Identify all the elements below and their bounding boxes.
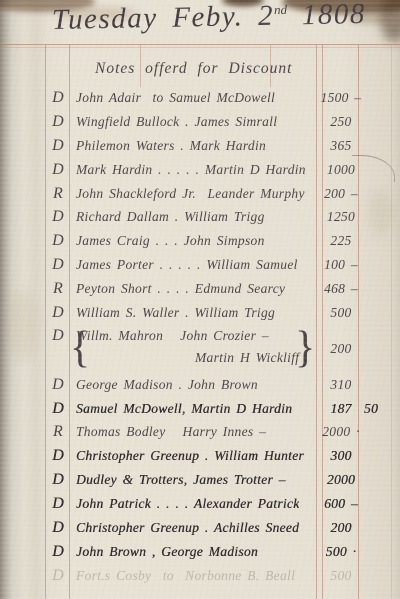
ruled-line-horizontal — [0, 47, 400, 48]
ledger-entry-row: D John Brown , George Madison 500 · — [45, 540, 400, 564]
entry-parties: Fort.s Cosby to Norbonne B. Beall — [76, 568, 295, 584]
entry-parties: Richard Dallam . William Trigg — [76, 209, 265, 225]
ledger-entry-row: D William S. Waller . William Trigg 500 — [45, 301, 400, 325]
brace-right: } — [295, 325, 315, 371]
entry-parties: John Brown , George Madison — [76, 544, 258, 560]
entry-margin-letter: D — [45, 304, 71, 322]
entry-margin-letter: D — [45, 471, 71, 489]
ledger-entry-row: D James Craig . . . John Simpson 225 — [45, 229, 400, 253]
entry-parties: Mark Hardin . . . . . Martin D Hardin — [76, 162, 306, 178]
date-heading: Tuesday Feby. 2nd 1808 — [52, 0, 399, 37]
entry-parties: John Patrick . . . . Alexander Patrick — [76, 496, 299, 512]
entry-parties: Peyton Short . . . . Edmund Searcy — [76, 281, 285, 297]
entry-amount: 187 — [317, 401, 365, 417]
entry-margin-letter: D — [45, 519, 71, 537]
entry-amount: 468 – — [317, 281, 365, 297]
entry-margin-letter: D — [45, 256, 71, 274]
entry-margin-letter: D — [45, 232, 71, 250]
entry-amount: 310 — [317, 377, 365, 393]
ledger-entry-row: D John Adair to Samuel McDowell 1500 – — [45, 86, 400, 110]
entry-amount: 1250 — [317, 209, 365, 225]
ledger-entry-row: R Peyton Short . . . . Edmund Searcy 468… — [45, 277, 400, 301]
ledger-entry-row: D Richard Dallam . William Trigg 1250 — [45, 205, 400, 229]
entry-amount: 365 — [317, 138, 365, 154]
ledger-entry-row: R John Shackleford Jr. Leander Murphy 20… — [45, 182, 400, 206]
entry-margin-letter: D — [45, 137, 71, 155]
entry-amount: 200 — [317, 520, 365, 536]
entry-amount: 500 · — [317, 544, 365, 560]
ruled-line-horizontal — [0, 44, 400, 45]
entry-margin-letter: R — [45, 423, 71, 441]
entry-parties: George Madison . John Brown — [76, 377, 258, 393]
date-heading-pre: Tuesday Feby. 2 — [52, 0, 275, 36]
entry-amount: 600 – — [317, 496, 365, 512]
ledger-page: Tuesday Feby. 2nd 1808 Notes offerd for … — [0, 0, 400, 599]
entry-parties: Christopher Greenup . Achilles Sneed — [76, 520, 299, 536]
entry-amount: 225 — [317, 233, 365, 249]
ledger-entry-row: D Dudley & Trotters, James Trotter – 200… — [45, 468, 400, 492]
entry-amount: 1500 – — [317, 90, 365, 106]
entry-margin-letter: D — [45, 376, 71, 394]
entries-list: D John Adair to Samuel McDowell 1500 – D… — [45, 86, 400, 588]
ledger-entry-row: D George Madison . John Brown 310 — [45, 373, 400, 397]
entry-amount: 500 — [317, 305, 365, 321]
ledger-entry-row: D Philemon Waters . Mark Hardin 365 — [45, 134, 400, 158]
entry-margin-letter: R — [45, 280, 71, 298]
entry-parties: Willm. Mahron John Crozier – — [76, 325, 269, 344]
entry-parties: Samuel McDowell, Martin D Hardin — [76, 401, 292, 417]
ledger-entry-row: D Wingfield Bullock . James Simrall 250 — [45, 110, 400, 134]
entry-amount: 1000 — [317, 162, 365, 178]
entry-amount: 500 — [317, 568, 365, 584]
entry-parties: Wingfield Bullock . James Simrall — [76, 114, 277, 130]
entry-margin-letter: D — [45, 495, 71, 513]
ledger-entry-row: D John Patrick . . . . Alexander Patrick… — [45, 492, 400, 516]
entry-margin-letter: D — [45, 543, 71, 561]
date-heading-ordinal: nd — [274, 2, 287, 17]
entry-margin-letter: D — [45, 567, 71, 585]
entry-margin-letter: D — [45, 325, 71, 345]
entry-amount: 2000 — [317, 472, 365, 488]
entry-margin-letter: D — [45, 208, 71, 226]
entry-parties: John Adair to Samuel McDowell — [76, 90, 275, 106]
entry-amount: 300 — [317, 448, 365, 464]
ledger-entry-row: D Mark Hardin . . . . . Martin D Hardin … — [45, 158, 400, 182]
ledger-entry-row: D Fort.s Cosby to Norbonne B. Beall 500 — [45, 564, 400, 588]
ledger-entry-row: R Thomas Bodley Harry Innes – 2000 · — [45, 420, 400, 444]
entry-parties-line2: Martin H Wickliff — [195, 350, 299, 366]
date-heading-year: 1808 — [287, 0, 366, 31]
brace-left: { — [70, 325, 90, 371]
entry-amount: 200 – — [317, 186, 365, 202]
entry-amount: 100 – — [317, 257, 365, 273]
entry-amount: 200 — [317, 341, 365, 357]
entry-margin-letter: D — [45, 161, 71, 179]
entry-parties: William S. Waller . William Trigg — [76, 305, 275, 321]
entry-margin-letter: D — [45, 400, 71, 418]
entry-margin-letter: D — [45, 89, 71, 107]
entry-margin-letter: R — [45, 185, 71, 203]
ledger-entry-row: D Willm. Mahron John Crozier – 200 Marti… — [45, 325, 400, 373]
entry-parties: Philemon Waters . Mark Hardin — [76, 138, 266, 154]
entry-parties: Dudley & Trotters, James Trotter – — [76, 472, 286, 488]
entry-cents: 50 — [361, 401, 400, 417]
entry-parties: Christopher Greenup . William Hunter — [76, 448, 304, 464]
entry-parties: James Porter . . . . . William Samuel — [76, 257, 298, 273]
ledger-entry-row: D Christopher Greenup . Achilles Sneed 2… — [45, 516, 400, 540]
foxing-spot — [8, 290, 38, 360]
entry-parties: Thomas Bodley Harry Innes – — [76, 424, 266, 440]
entry-amount: 250 — [317, 114, 365, 130]
entry-amount: 2000 · — [317, 424, 365, 440]
entry-margin-letter: D — [45, 113, 71, 131]
page-subtitle: Notes offerd for Discount — [95, 60, 292, 78]
entry-parties: John Shackleford Jr. Leander Murphy — [76, 186, 305, 202]
ledger-entry-row: D James Porter . . . . . William Samuel … — [45, 253, 400, 277]
entry-parties: James Craig . . . John Simpson — [76, 233, 265, 249]
ledger-entry-row: D Samuel McDowell, Martin D Hardin 187 5… — [45, 397, 400, 421]
entry-margin-letter: D — [45, 447, 71, 465]
ledger-entry-row: D Christopher Greenup . William Hunter 3… — [45, 444, 400, 468]
